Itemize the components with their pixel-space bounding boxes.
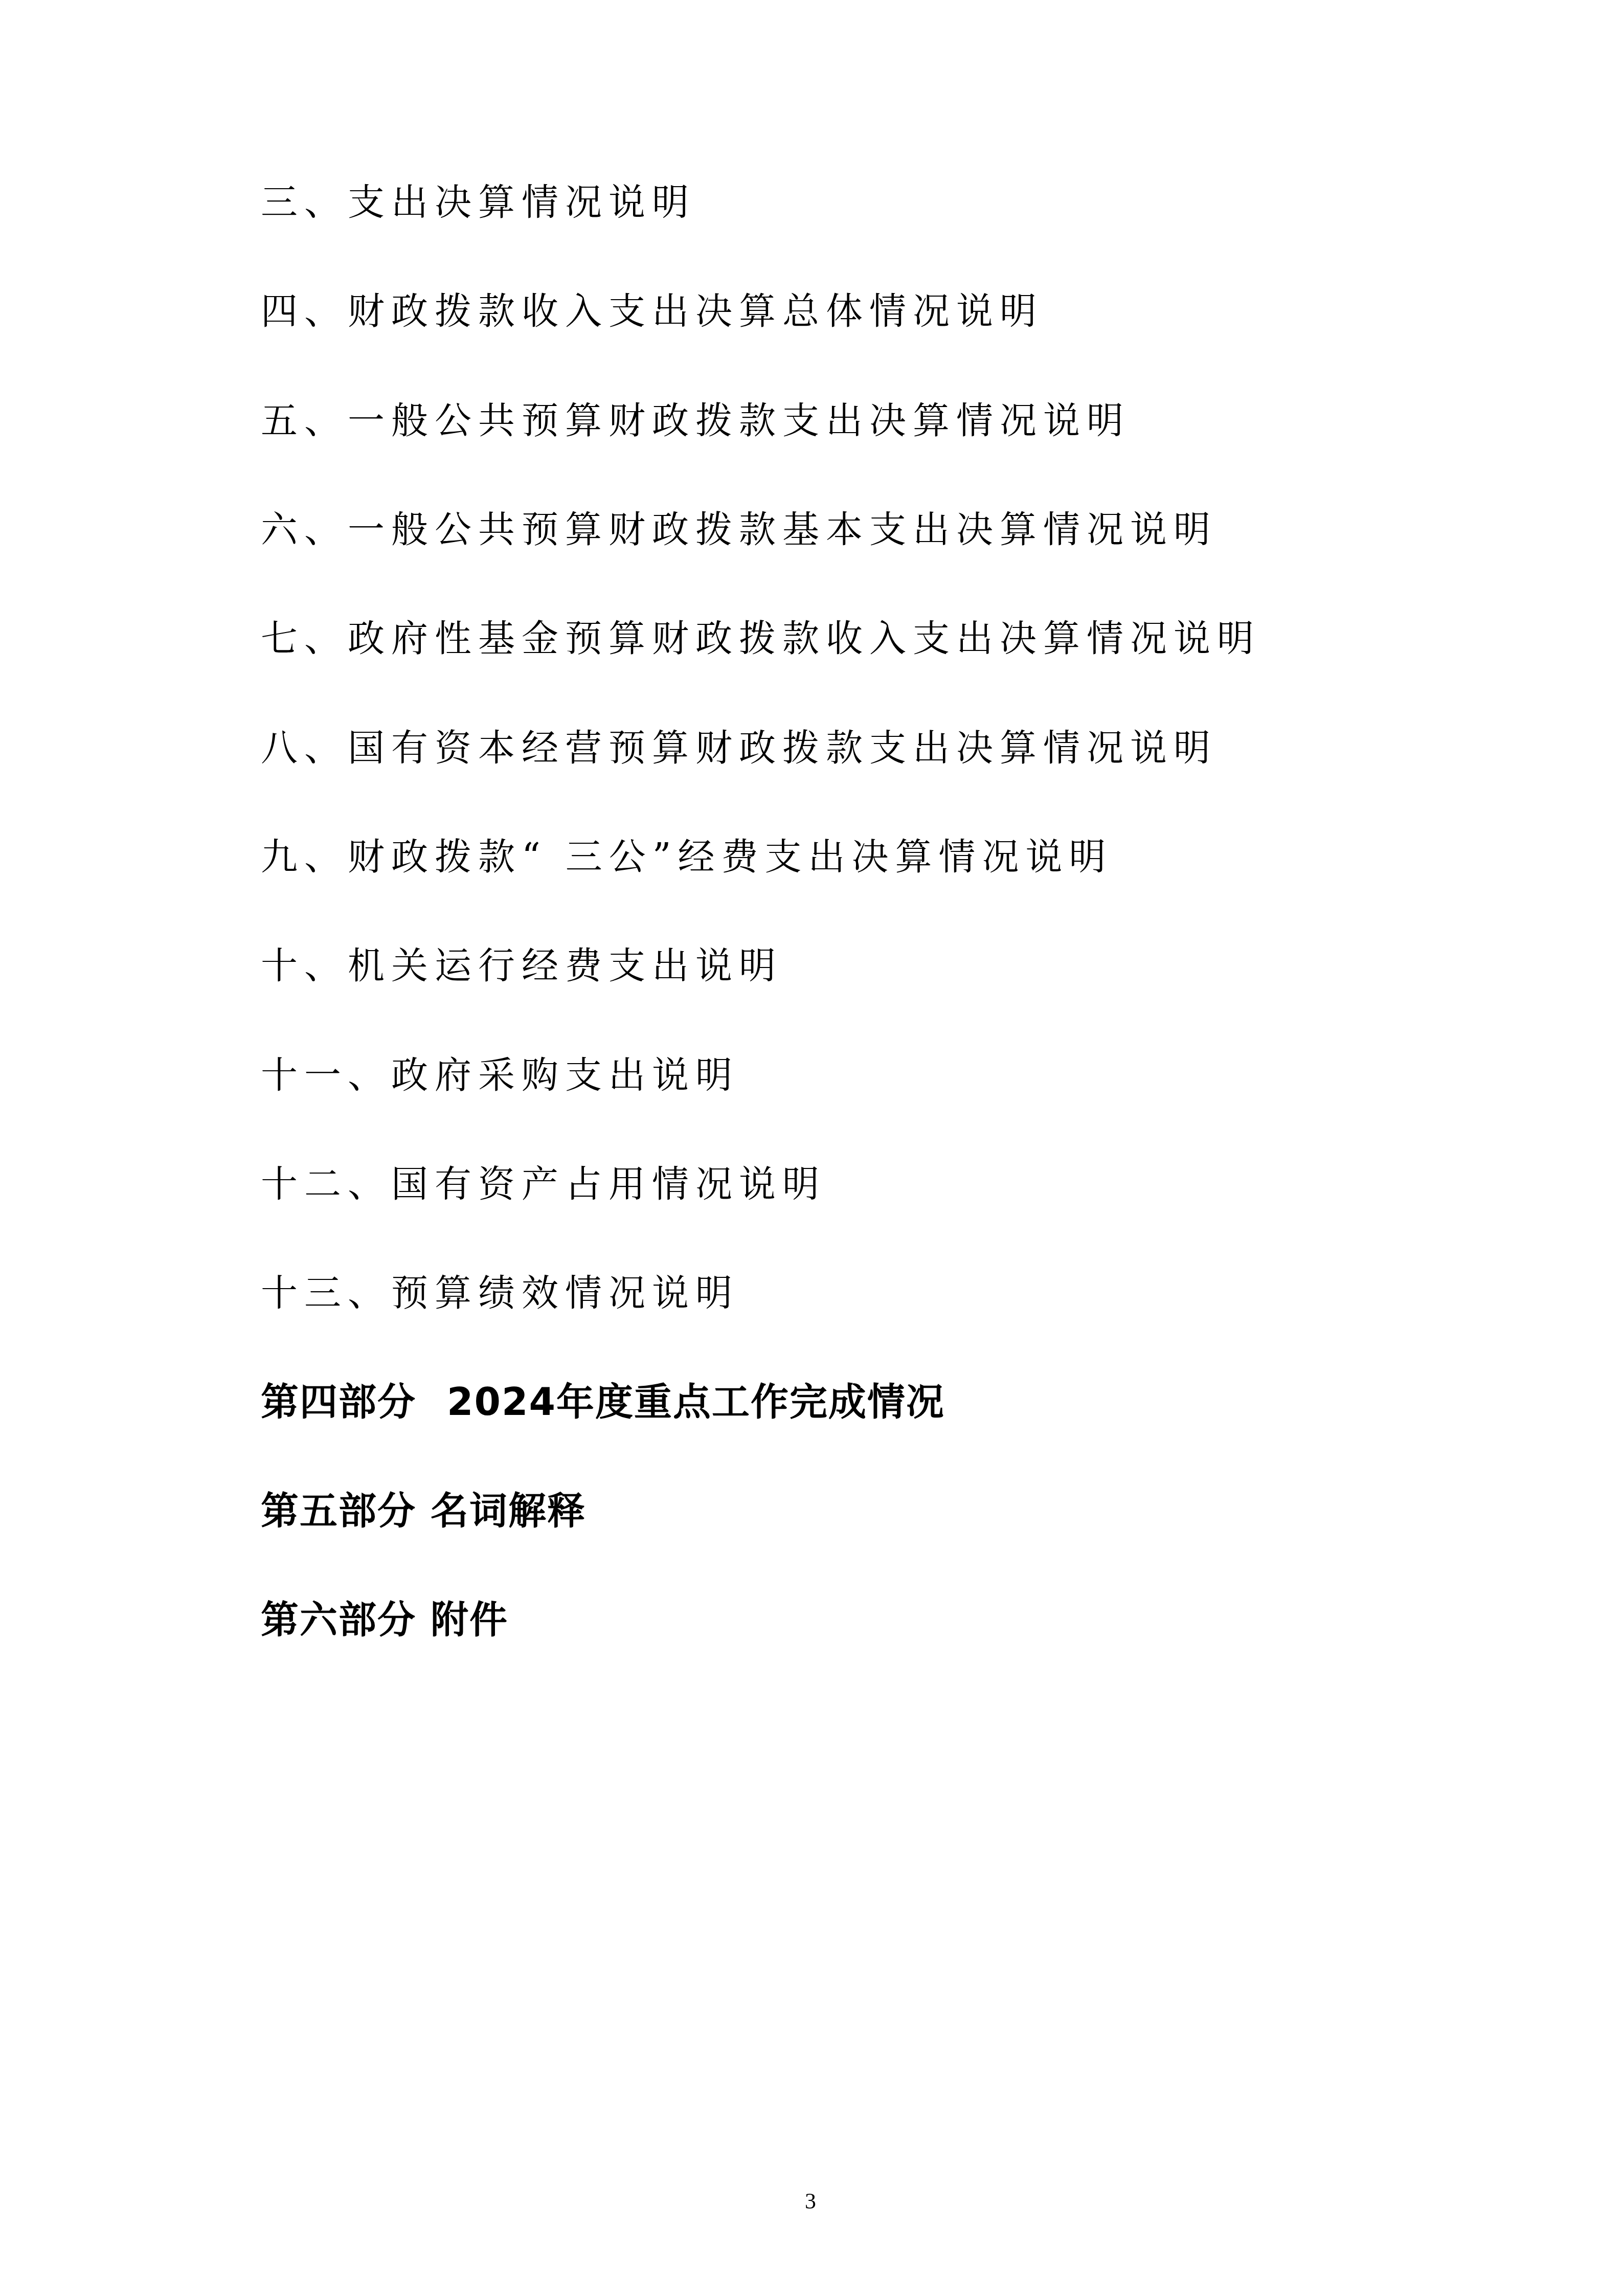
- toc-part-5: 第五部分名词解释: [261, 1483, 586, 1539]
- toc-item-12: 十二、国有资产占用情况说明: [261, 1156, 826, 1212]
- document-page: 三、支出决算情况说明 四、财政拨款收入支出决算总体情况说明 五、一般公共预算财政…: [0, 0, 1623, 2296]
- page-number: 3: [787, 2189, 833, 2214]
- toc-item-9: 九、财政拨款“ 三公”经费支出决算情况说明: [261, 828, 1113, 885]
- toc-item-4: 四、财政拨款收入支出决算总体情况说明: [261, 283, 1043, 339]
- part-title: 2024年度重点工作完成情况: [447, 1380, 945, 1424]
- toc-item-3: 三、支出决算情况说明: [261, 174, 695, 230]
- toc-item-10: 十、机关运行经费支出说明: [261, 937, 782, 994]
- toc-item-13: 十三、预算绩效情况说明: [261, 1265, 739, 1321]
- toc-part-6: 第六部分附件: [261, 1592, 508, 1648]
- toc-item-11: 十一、政府采购支出说明: [261, 1047, 739, 1103]
- toc-item-5: 五、一般公共预算财政拨款支出决算情况说明: [261, 392, 1130, 448]
- toc-item-8: 八、国有资本经营预算财政拨款支出决算情况说明: [261, 719, 1217, 776]
- part-title: 附件: [431, 1598, 508, 1642]
- toc-item-6: 六、一般公共预算财政拨款基本支出决算情况说明: [261, 501, 1217, 557]
- toc-part-4: 第四部分2024年度重点工作完成情况: [261, 1374, 945, 1430]
- toc-item-7: 七、政府性基金预算财政拨款收入支出决算情况说明: [261, 610, 1260, 666]
- part-title: 名词解释: [431, 1489, 586, 1533]
- part-number: 第六部分: [261, 1598, 416, 1642]
- part-number: 第四部分: [261, 1380, 416, 1424]
- part-number: 第五部分: [261, 1489, 416, 1533]
